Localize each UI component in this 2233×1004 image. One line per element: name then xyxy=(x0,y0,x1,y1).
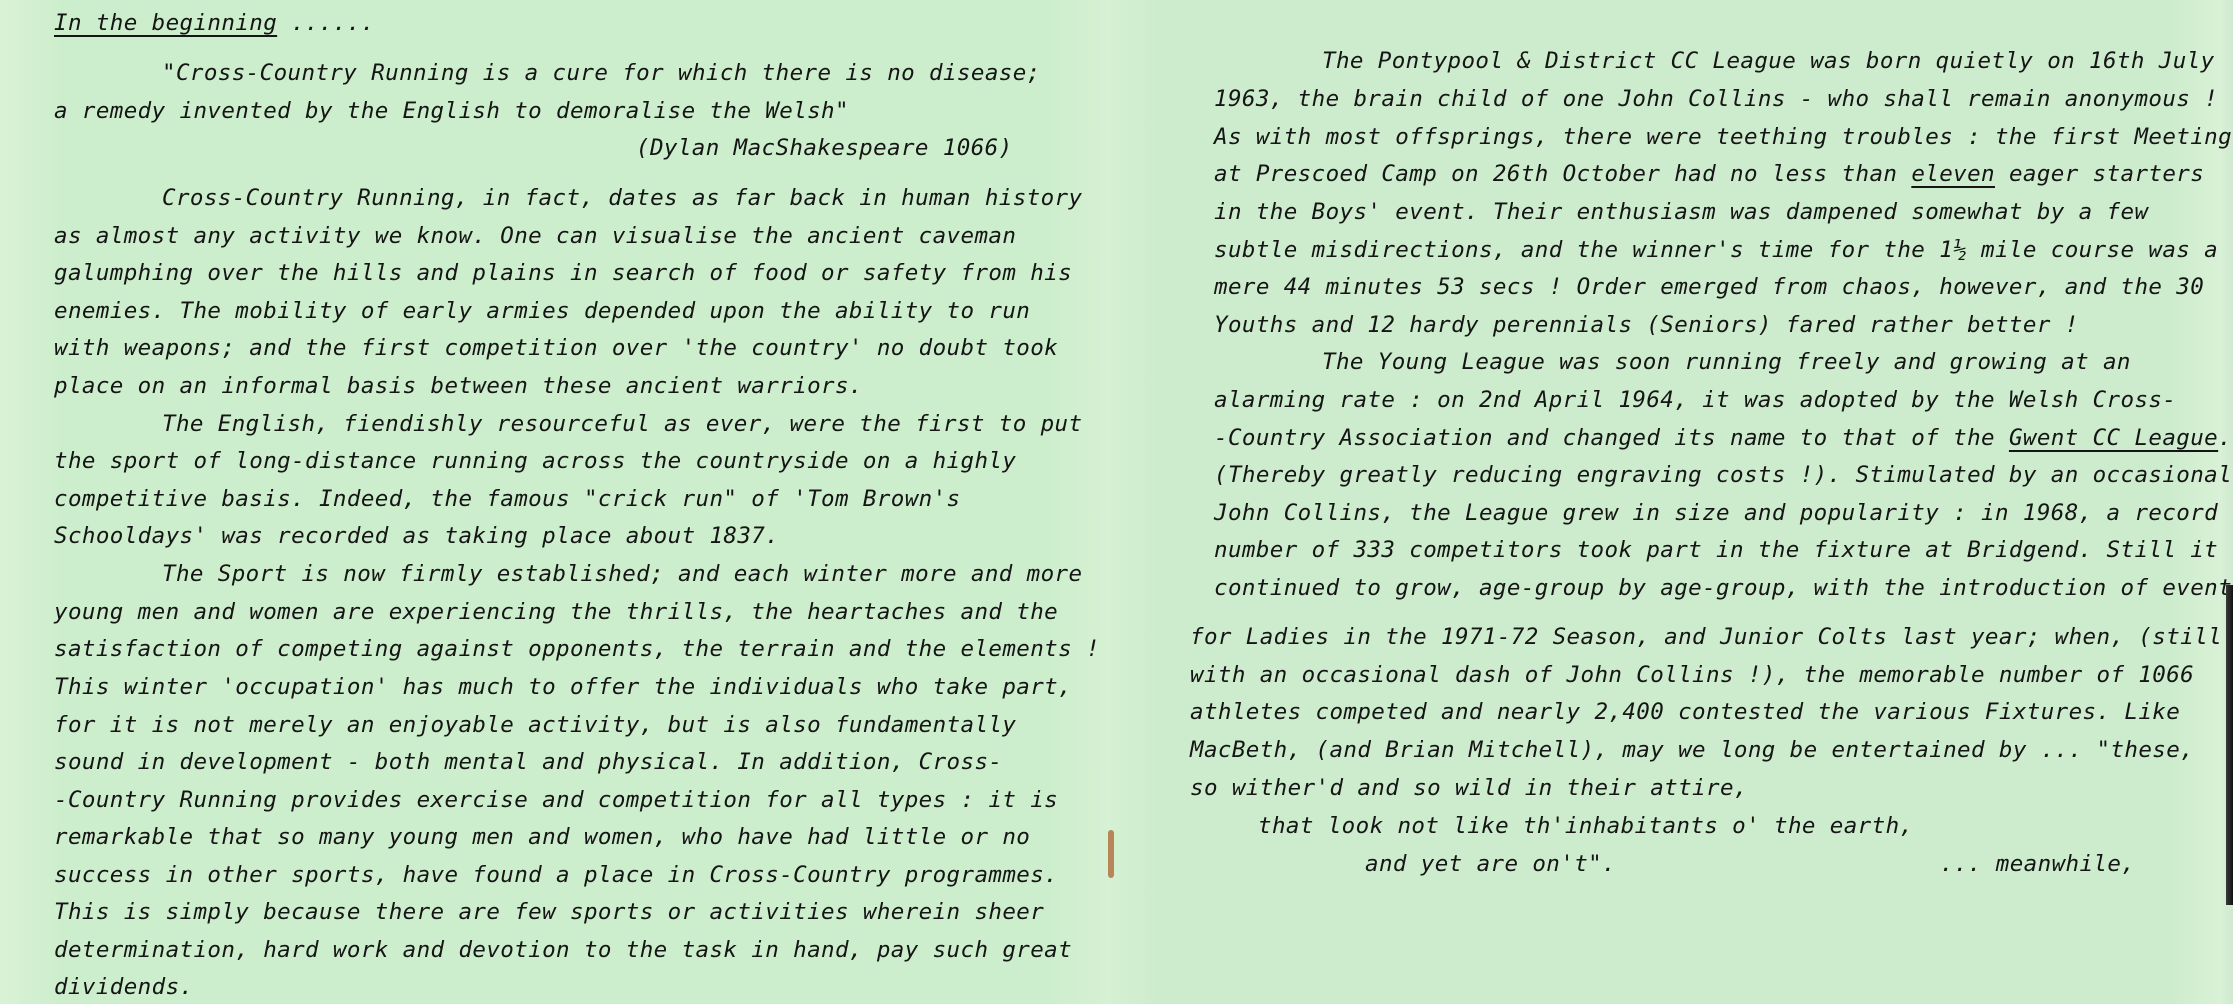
underlined-word-eleven: eleven xyxy=(1911,161,1995,187)
verse-line: that look not like th'inhabitants o' the… xyxy=(1258,811,1913,841)
paragraph-line: determination, hard work and devotion to… xyxy=(54,935,1072,965)
paragraph-line: Schooldays' was recorded as taking place… xyxy=(54,521,779,551)
binding-stain xyxy=(1108,830,1114,878)
paragraph-line: This is simply because there are few spo… xyxy=(54,897,1044,927)
paragraph-line: mere 44 minutes 53 secs ! Order emerged … xyxy=(1214,272,2204,302)
paragraph-line: dividends. xyxy=(54,972,193,1002)
quote-line: "Cross-Country Running is a cure for whi… xyxy=(162,58,1041,88)
paragraph-line: young men and women are experiencing the… xyxy=(54,597,1058,627)
underlined-gwent-cc-league: Gwent CC League xyxy=(2009,425,2218,451)
paragraph-line: As with most offsprings, there were teet… xyxy=(1214,122,2232,152)
paragraph-line: place on an informal basis between these… xyxy=(54,371,863,401)
section-heading-line: In the beginning ...... xyxy=(54,8,375,38)
paragraph-line: satisfaction of competing against oppone… xyxy=(54,634,1100,664)
paragraph-line: MacBeth, (and Brian Mitchell), may we lo… xyxy=(1190,735,2194,765)
paragraph-line: sound in development - both mental and p… xyxy=(54,747,1002,777)
paragraph-line: success in other sports, have found a pl… xyxy=(54,860,1058,890)
page-edge-shadow xyxy=(2226,585,2233,905)
paragraph-line: Youths and 12 hardy perennials (Seniors)… xyxy=(1214,310,2079,340)
paragraph-line: (Thereby greatly reducing engraving cost… xyxy=(1214,460,2232,490)
paragraph-line: athletes competed and nearly 2,400 conte… xyxy=(1190,697,2180,727)
paragraph-line: the sport of long-distance running acros… xyxy=(54,446,1016,476)
continuation-text: ... meanwhile, xyxy=(1940,849,2135,879)
paragraph-line: for it is not merely an enjoyable activi… xyxy=(54,710,1016,740)
paragraph-line: This winter 'occupation' has much to off… xyxy=(54,672,1072,702)
section-heading: In the beginning xyxy=(54,10,277,36)
paragraph-line: 1963, the brain child of one John Collin… xyxy=(1214,84,2218,114)
quote-line: a remedy invented by the English to demo… xyxy=(54,96,849,126)
paragraph-line: subtle misdirections, and the winner's t… xyxy=(1214,235,2218,265)
scanned-document-spread: In the beginning ...... "Cross-Country R… xyxy=(0,0,2233,1004)
left-page: In the beginning ...... "Cross-Country R… xyxy=(0,0,1110,1004)
paragraph-line: remarkable that so many young men and wo… xyxy=(54,822,1030,852)
paragraph-line: enemies. The mobility of early armies de… xyxy=(54,296,1030,326)
paragraph-line: with an occasional dash of John Collins … xyxy=(1190,660,2194,690)
paragraph-line: The English, fiendishly resourceful as e… xyxy=(162,409,1082,439)
paragraph-line-with-underline: -Country Association and changed its nam… xyxy=(1214,423,2232,453)
quote-attribution: (Dylan MacShakespeare 1066) xyxy=(636,133,1013,163)
paragraph-line: The Pontypool & District CC League was b… xyxy=(1322,46,2215,76)
paragraph-line: The Young League was soon running freely… xyxy=(1322,347,2131,377)
paragraph-line-with-underline: at Prescoed Camp on 26th October had no … xyxy=(1214,159,2204,189)
line-text: at Prescoed Camp on 26th October had no … xyxy=(1214,161,1911,187)
right-page: The Pontypool & District CC League was b… xyxy=(1110,0,2233,1004)
paragraph-line: with weapons; and the first competition … xyxy=(54,333,1058,363)
line-text: -Country Association and changed its nam… xyxy=(1214,425,2009,451)
verse-line: and yet are on't". xyxy=(1365,849,1616,879)
paragraph-line: as almost any activity we know. One can … xyxy=(54,221,1016,251)
heading-ellipsis: ...... xyxy=(277,10,375,36)
paragraph-line: in the Boys' event. Their enthusiasm was… xyxy=(1214,197,2148,227)
paragraph-line: so wither'd and so wild in their attire, xyxy=(1190,773,1748,803)
paragraph-line: John Collins, the League grew in size an… xyxy=(1214,498,2218,528)
paragraph-line: number of 333 competitors took part in t… xyxy=(1214,535,2218,565)
paragraph-line: continued to grow, age-group by age-grou… xyxy=(1214,573,2233,603)
paragraph-line: -Country Running provides exercise and c… xyxy=(54,785,1058,815)
line-text: eager starters xyxy=(1995,161,2204,187)
paragraph-line: galumphing over the hills and plains in … xyxy=(54,258,1072,288)
line-text: . xyxy=(2218,425,2232,451)
paragraph-line: competitive basis. Indeed, the famous "c… xyxy=(54,484,961,514)
paragraph-line: for Ladies in the 1971-72 Season, and Ju… xyxy=(1190,622,2222,652)
paragraph-line: Cross-Country Running, in fact, dates as… xyxy=(162,183,1082,213)
paragraph-line: The Sport is now firmly established; and… xyxy=(162,559,1082,589)
paragraph-line: alarming rate : on 2nd April 1964, it wa… xyxy=(1214,385,2176,415)
